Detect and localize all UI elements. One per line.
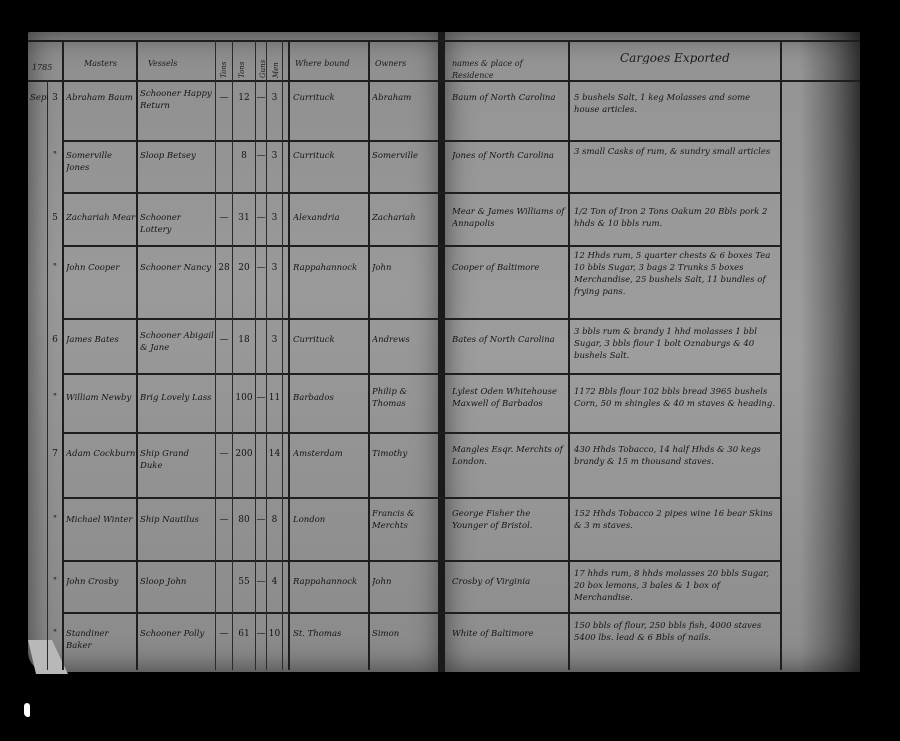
row-master: John Crosby [66, 576, 136, 588]
row-where-bound: London [293, 514, 367, 526]
row-guns: — [256, 262, 266, 274]
row-day: " [48, 628, 62, 640]
row-tons-a: 28 [216, 262, 232, 274]
row-guns: — [256, 392, 266, 404]
row-guns: — [256, 514, 266, 526]
row-master: Standiner Baker [66, 628, 136, 652]
row-guns: — [256, 150, 266, 162]
row-master: William Newby [66, 392, 136, 404]
row-cargo: 3 small Casks of rum, & sundry small art… [574, 146, 776, 158]
row-cargo: 1/2 Ton of Iron 2 Tons Oakum 20 Bbls por… [574, 206, 776, 230]
row-day: " [48, 576, 62, 588]
row-men: 3 [267, 150, 282, 162]
row-rule [62, 612, 780, 614]
header-tons-a: Tons [218, 44, 230, 78]
row-vessel: Schooner Polly [140, 628, 214, 640]
row-day: " [48, 150, 62, 162]
row-rule [62, 140, 780, 142]
row-owner: Philip & Thomas [372, 386, 434, 410]
row-residence: Mangles Esqr. Merchts of London. [452, 444, 566, 468]
scan-mark [24, 703, 30, 717]
row-where-bound: Currituck [293, 334, 367, 346]
row-rule [62, 318, 780, 320]
col-rule [568, 40, 570, 670]
row-vessel: Brig Lovely Lass [140, 392, 214, 404]
col-rule [368, 40, 370, 670]
row-owner: Timothy [372, 448, 434, 460]
row-master: James Bates [66, 334, 136, 346]
header-guns: Guns [257, 44, 269, 78]
row-master: Abraham Baum [66, 92, 136, 104]
header-owners: Owners [375, 58, 435, 70]
row-residence: Mear & James Williams of Annapolis [452, 206, 566, 230]
row-master: Adam Cockburn [66, 448, 136, 460]
header-tons-b: Tons [236, 44, 248, 78]
row-where-bound: St. Thomas [293, 628, 367, 640]
row-rule [62, 432, 780, 434]
row-tons-a: — [216, 514, 232, 526]
col-rule [288, 40, 290, 670]
row-rule [62, 560, 780, 562]
row-day: " [48, 514, 62, 526]
row-master: John Cooper [66, 262, 136, 274]
row-tons-b: 31 [233, 212, 255, 224]
row-owner: Abraham [372, 92, 434, 104]
header-masters: Masters [84, 58, 136, 70]
row-owner: Francis & Merchts [372, 508, 434, 532]
row-men: 8 [267, 514, 282, 526]
row-tons-a: — [216, 92, 232, 104]
row-residence: Lylest Oden Whitehouse Maxwell of Barbad… [452, 386, 566, 410]
row-day: 5 [48, 212, 62, 224]
row-where-bound: Rappahannock [293, 576, 367, 588]
header-where-bound: Where bound [295, 58, 367, 70]
row-tons-a: — [216, 212, 232, 224]
row-tons-b: 55 [233, 576, 255, 588]
row-vessel: Sloop Betsey [140, 150, 214, 162]
row-cargo: 5 bushels Salt, 1 keg Molasses and some … [574, 92, 776, 116]
row-vessel: Schooner Lottery [140, 212, 214, 236]
row-vessel: Ship Grand Duke [140, 448, 214, 472]
row-tons-b: 61 [233, 628, 255, 640]
header-year: 1785 [32, 62, 62, 74]
row-cargo: 3 bbls rum & brandy 1 hhd molasses 1 bbl… [574, 326, 776, 362]
row-men: 3 [267, 212, 282, 224]
row-residence: Cooper of Baltimore [452, 262, 566, 274]
row-men: 3 [267, 334, 282, 346]
row-tons-b: 18 [233, 334, 255, 346]
row-tons-b: 12 [233, 92, 255, 104]
col-rule [282, 40, 283, 670]
row-tons-b: 20 [233, 262, 255, 274]
row-owner: John [372, 576, 434, 588]
row-vessel: Schooner Happy Return [140, 88, 214, 112]
row-owner: Somerville [372, 150, 434, 162]
row-guns: — [256, 212, 266, 224]
row-where-bound: Currituck [293, 150, 367, 162]
col-rule [62, 40, 64, 670]
row-tons-a: — [216, 334, 232, 346]
row-tons-b: 8 [233, 150, 255, 162]
row-cargo: 150 bbls of flour, 250 bbls fish, 4000 s… [574, 620, 776, 644]
header-men: Men [270, 44, 282, 78]
row-residence: Jones of North Carolina [452, 150, 566, 162]
row-master: Zachariah Mear [66, 212, 136, 224]
row-rule [62, 245, 780, 247]
row-men: 10 [267, 628, 282, 640]
row-residence: Crosby of Virginia [452, 576, 566, 588]
row-men: 3 [267, 92, 282, 104]
row-tons-b: 80 [233, 514, 255, 526]
row-vessel: Schooner Abigail & Jane [140, 330, 214, 354]
row-residence: Baum of North Carolina [452, 92, 566, 104]
header-residence: names & place of Residence [452, 58, 566, 82]
row-where-bound: Alexandria [293, 212, 367, 224]
row-day: 6 [48, 334, 62, 346]
row-guns: — [256, 628, 266, 640]
row-tons-b: 200 [233, 448, 255, 460]
row-cargo: 152 Hhds Tobacco 2 pipes wine 16 bear Sk… [574, 508, 776, 532]
row-men: 14 [267, 448, 282, 460]
col-rule [136, 40, 138, 670]
row-guns: — [256, 92, 266, 104]
row-master: Michael Winter [66, 514, 136, 526]
row-vessel: Ship Nautilus [140, 514, 214, 526]
row-month: Sept [30, 92, 48, 104]
row-where-bound: Barbados [293, 392, 367, 404]
row-residence: White of Baltimore [452, 628, 566, 640]
col-rule [780, 40, 782, 670]
row-tons-b: 100 [233, 392, 255, 404]
row-day: 7 [48, 448, 62, 460]
row-cargo: 17 hhds rum, 8 hhds molasses 20 bbls Sug… [574, 568, 776, 604]
header-vessels: Vessels [148, 58, 214, 70]
top-rule [28, 40, 860, 42]
row-rule [62, 373, 780, 375]
row-day: " [48, 262, 62, 274]
row-master: Somerville Jones [66, 150, 136, 174]
row-owner: John [372, 262, 434, 274]
row-vessel: Sloop John [140, 576, 214, 588]
row-owner: Zachariah [372, 212, 434, 224]
row-day: " [48, 392, 62, 404]
row-men: 4 [267, 576, 282, 588]
row-tons-a: — [216, 628, 232, 640]
row-rule [62, 497, 780, 499]
row-where-bound: Amsterdam [293, 448, 367, 460]
row-where-bound: Currituck [293, 92, 367, 104]
row-where-bound: Rappahannock [293, 262, 367, 274]
book-gutter [438, 32, 445, 672]
header-cargoes: Cargoes Exported [620, 52, 770, 64]
row-cargo: 12 Hhds rum, 5 quarter chests & 6 boxes … [574, 250, 776, 298]
col-rule [215, 40, 216, 670]
row-cargo: 430 Hhds Tobacco, 14 half Hhds & 30 kegs… [574, 444, 776, 468]
row-rule [62, 192, 780, 194]
row-tons-a: — [216, 448, 232, 460]
header-rule [28, 80, 860, 82]
row-vessel: Schooner Nancy [140, 262, 214, 274]
row-men: 3 [267, 262, 282, 274]
row-owner: Simon [372, 628, 434, 640]
row-men: 11 [267, 392, 282, 404]
row-residence: George Fisher the Younger of Bristol. [452, 508, 566, 532]
row-cargo: 1172 Bbls flour 102 bbls bread 3965 bush… [574, 386, 776, 410]
row-day: 3 [48, 92, 62, 104]
row-owner: Andrews [372, 334, 434, 346]
row-residence: Bates of North Carolina [452, 334, 566, 346]
row-guns: — [256, 576, 266, 588]
